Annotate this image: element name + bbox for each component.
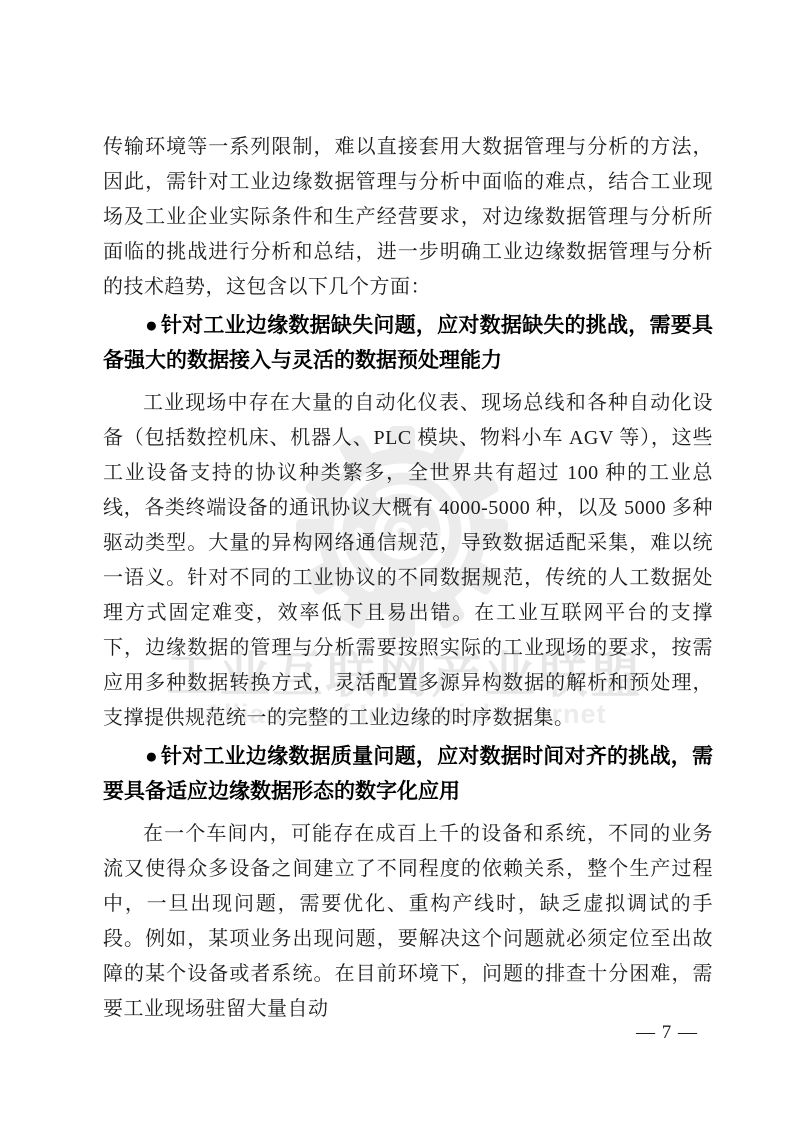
- bullet-icon: ●: [145, 745, 158, 768]
- heading-text: 针对工业边缘数据质量问题，应对数据时间对齐的挑战，需要具备适应边缘数据形态的数字…: [103, 745, 713, 803]
- bullet-heading-data-quality: ●针对工业边缘数据质量问题，应对数据时间对齐的挑战，需要具备适应边缘数据形态的数…: [103, 739, 713, 809]
- page-number: — 7 —: [636, 1022, 698, 1044]
- paragraph-protocol-diversity: 工业现场中存在大量的自动化仪表、现场总线和各种自动化设备（包括数控机床、机器人、…: [103, 386, 713, 736]
- bullet-icon: ●: [145, 314, 158, 337]
- paragraph-workshop-dependencies: 在一个车间内，可能存在成百上千的设备和系统，不同的业务流又使得众多设备之间建立了…: [103, 817, 713, 1027]
- page-content: 传输环境等一系列限制，难以直接套用大数据管理与分析的方法，因此，需针对工业边缘数…: [103, 130, 713, 1027]
- paragraph-intro-continuation: 传输环境等一系列限制，难以直接套用大数据管理与分析的方法，因此，需针对工业边缘数…: [103, 130, 713, 305]
- bullet-heading-data-loss: ●针对工业边缘数据缺失问题，应对数据缺失的挑战，需要具备强大的数据接入与灵活的数…: [103, 308, 713, 378]
- heading-text: 针对工业边缘数据缺失问题，应对数据缺失的挑战，需要具备强大的数据接入与灵活的数据…: [103, 314, 713, 372]
- document-page: 工业互联网产业联盟 Alliance of Industrial Interne…: [0, 0, 793, 1122]
